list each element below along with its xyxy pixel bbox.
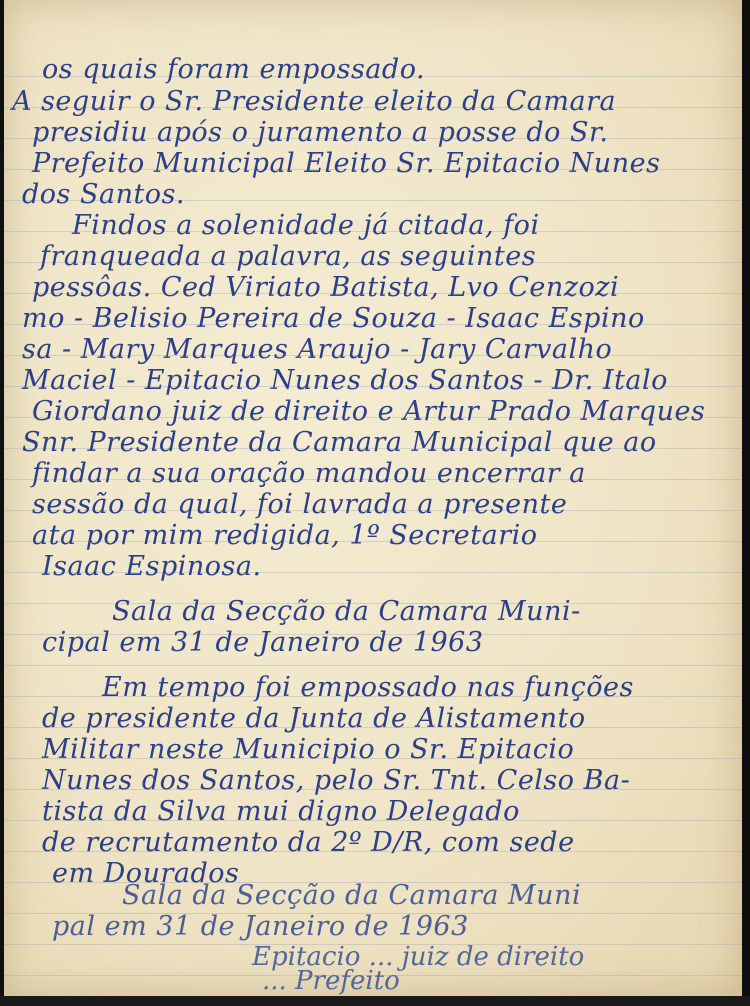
text-line: os quais foram empossado. [42,54,425,85]
text-line: Isaac Espinosa. [42,551,262,582]
document-page: os quais foram empossado. A seguir o Sr.… [4,0,742,996]
text-line: Em tempo foi empossado nas funções [102,672,634,703]
text-line: Nunes dos Santos, pelo Sr. Tnt. Celso Ba… [42,765,630,796]
text-line: Snr. Presidente da Camara Municipal que … [22,427,657,458]
text-line: mo - Belisio Pereira de Souza - Isaac Es… [22,303,645,334]
text-line: findar a sua oração mandou encerrar a [32,458,586,489]
text-line: presidiu após o juramento a posse do Sr. [32,117,609,148]
text-line: Militar neste Municipio o Sr. Epitacio [42,734,574,765]
text-line: dos Santos. [22,179,185,210]
scan-border [0,996,750,1006]
text-line: pessôas. Ced Viriato Batista, Lvo Cenzoz… [32,272,619,303]
handwritten-text: os quais foram empossado. A seguir o Sr.… [4,0,742,996]
signature-2: ... Prefeito [262,966,400,996]
text-line: ata por mim redigida, 1º Secretario [32,520,538,551]
text-line: Giordano juiz de direito e Artur Prado M… [32,396,705,427]
text-line: franqueada a palavra, as seguintes [40,241,536,272]
text-line: Prefeito Municipal Eleito Sr. Epitacio N… [32,148,660,179]
text-line: tista da Silva mui digno Delegado [42,796,520,827]
text-line: Maciel - Epitacio Nunes dos Santos - Dr.… [22,365,668,396]
text-line: pal em 31 de Janeiro de 1963 [52,911,469,942]
text-line: A seguir o Sr. Presidente eleito da Cama… [12,86,616,117]
text-line: sa - Mary Marques Araujo - Jary Carvalho [22,334,612,365]
text-line: Findos a solenidade já citada, foi [72,210,540,241]
text-line: Sala da Secção da Camara Muni [122,880,581,911]
text-line: de recrutamento da 2º D/R, com sede [42,827,575,858]
text-line: Sala da Secção da Camara Muni- [112,596,581,627]
text-line: cipal em 31 de Janeiro de 1963 [42,627,484,658]
text-line: sessão da qual, foi lavrada a presente [32,489,567,520]
text-line: de presidente da Junta de Alistamento [42,703,586,734]
